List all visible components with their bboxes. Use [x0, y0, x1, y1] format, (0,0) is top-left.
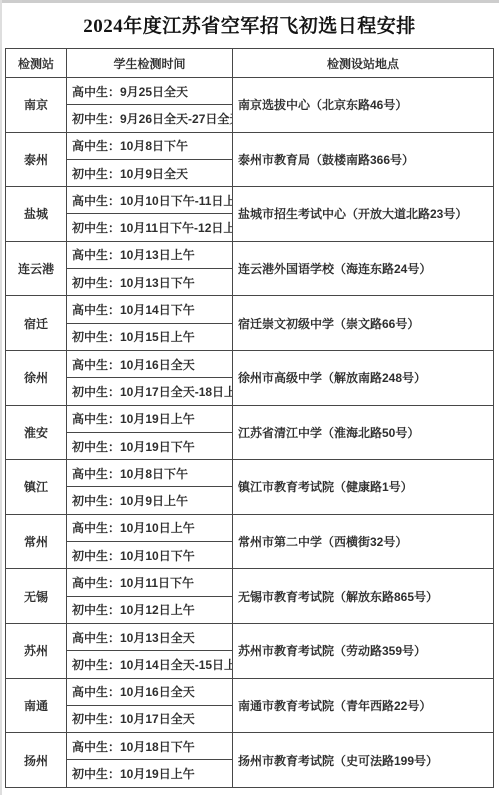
time-cell-high: 高中生：9月25日全天	[67, 78, 233, 105]
time-cell-junior: 初中生：10月11日下午-12日上午	[67, 214, 233, 241]
table-row: 苏州 高中生：10月13日全天 苏州市教育考试院（劳动路359号）	[6, 623, 494, 650]
time-cell-high: 高中生：10月13日上午	[67, 241, 233, 268]
header-station: 检测站	[6, 49, 67, 78]
table-row: 连云港 高中生：10月13日上午 连云港外国语学校（海连东路24号）	[6, 241, 494, 268]
location-cell: 盐城市招生考试中心（开放大道北路23号）	[233, 187, 494, 242]
time-cell-high: 高中生：10月16日全天	[67, 678, 233, 705]
location-cell: 徐州市高级中学（解放南路248号）	[233, 350, 494, 405]
location-cell: 无锡市教育考试院（解放东路865号）	[233, 569, 494, 624]
time-cell-junior: 初中生：10月9日上午	[67, 487, 233, 514]
time-cell-junior: 初中生：9月26日全天-27日全天	[67, 105, 233, 132]
time-cell-junior: 初中生：10月10日下午	[67, 542, 233, 569]
time-cell-high: 高中生：10月13日全天	[67, 623, 233, 650]
table-row: 徐州 高中生：10月16日全天 徐州市高级中学（解放南路248号）	[6, 350, 494, 377]
location-cell: 镇江市教育考试院（健康路1号）	[233, 460, 494, 515]
location-cell: 南京选拔中心（北京东路46号）	[233, 78, 494, 133]
station-cell: 连云港	[6, 241, 67, 296]
station-cell: 泰州	[6, 132, 67, 187]
time-cell-high: 高中生：10月8日下午	[67, 132, 233, 159]
time-cell-junior: 初中生：10月19日下午	[67, 432, 233, 459]
time-cell-high: 高中生：10月14日下午	[67, 296, 233, 323]
location-cell: 连云港外国语学校（海连东路24号）	[233, 241, 494, 296]
page-left-edge	[0, 0, 2, 795]
table-row: 常州 高中生：10月10日上午 常州市第二中学（西横街32号）	[6, 514, 494, 541]
time-cell-high: 高中生：10月19日上午	[67, 405, 233, 432]
schedule-table: 检测站 学生检测时间 检测设站地点 南京 高中生：9月25日全天 南京选拔中心（…	[5, 48, 494, 788]
station-cell: 南通	[6, 678, 67, 733]
table-row: 扬州 高中生：10月18日下午 扬州市教育考试院（史可法路199号）	[6, 733, 494, 760]
station-cell: 镇江	[6, 460, 67, 515]
location-cell: 宿迁崇文初级中学（崇文路66号）	[233, 296, 494, 351]
table-row: 泰州 高中生：10月8日下午 泰州市教育局（鼓楼南路366号）	[6, 132, 494, 159]
time-cell-junior: 初中生：10月17日全天-18日上午	[67, 378, 233, 405]
station-cell: 无锡	[6, 569, 67, 624]
page-top-edge	[0, 0, 499, 3]
table-row: 宿迁 高中生：10月14日下午 宿迁崇文初级中学（崇文路66号）	[6, 296, 494, 323]
station-cell: 南京	[6, 78, 67, 133]
station-cell: 苏州	[6, 623, 67, 678]
station-cell: 常州	[6, 514, 67, 569]
time-cell-high: 高中生：10月8日下午	[67, 460, 233, 487]
table-row: 镇江 高中生：10月8日下午 镇江市教育考试院（健康路1号）	[6, 460, 494, 487]
location-cell: 南通市教育考试院（青年西路22号）	[233, 678, 494, 733]
time-cell-high: 高中生：10月10日下午-11日上午	[67, 187, 233, 214]
location-cell: 扬州市教育考试院（史可法路199号）	[233, 733, 494, 788]
time-cell-junior: 初中生：10月17日全天	[67, 705, 233, 732]
location-cell: 泰州市教育局（鼓楼南路366号）	[233, 132, 494, 187]
location-cell: 江苏省清江中学（淮海北路50号）	[233, 405, 494, 460]
station-cell: 淮安	[6, 405, 67, 460]
station-cell: 徐州	[6, 350, 67, 405]
table-row: 淮安 高中生：10月19日上午 江苏省清江中学（淮海北路50号）	[6, 405, 494, 432]
time-cell-junior: 初中生：10月9日全天	[67, 159, 233, 186]
location-cell: 苏州市教育考试院（劳动路359号）	[233, 623, 494, 678]
time-cell-high: 高中生：10月16日全天	[67, 350, 233, 377]
time-cell-junior: 初中生：10月12日上午	[67, 596, 233, 623]
station-cell: 扬州	[6, 733, 67, 788]
header-time: 学生检测时间	[67, 49, 233, 78]
time-cell-junior: 初中生：10月19日上午	[67, 760, 233, 788]
header-location: 检测设站地点	[233, 49, 494, 78]
time-cell-junior: 初中生：10月14日全天-15日上午	[67, 651, 233, 678]
page-title: 2024年度江苏省空军招飞初选日程安排	[0, 11, 499, 38]
time-cell-junior: 初中生：10月13日下午	[67, 269, 233, 296]
time-cell-high: 高中生：10月10日上午	[67, 514, 233, 541]
table-row: 无锡 高中生：10月11日下午 无锡市教育考试院（解放东路865号）	[6, 569, 494, 596]
time-cell-junior: 初中生：10月15日上午	[67, 323, 233, 350]
time-cell-high: 高中生：10月11日下午	[67, 569, 233, 596]
station-cell: 盐城	[6, 187, 67, 242]
table-row: 南京 高中生：9月25日全天 南京选拔中心（北京东路46号）	[6, 78, 494, 105]
time-cell-high: 高中生：10月18日下午	[67, 733, 233, 760]
station-cell: 宿迁	[6, 296, 67, 351]
location-cell: 常州市第二中学（西横街32号）	[233, 514, 494, 569]
table-header-row: 检测站 学生检测时间 检测设站地点	[6, 49, 494, 78]
table-row: 南通 高中生：10月16日全天 南通市教育考试院（青年西路22号）	[6, 678, 494, 705]
table-row: 盐城 高中生：10月10日下午-11日上午 盐城市招生考试中心（开放大道北路23…	[6, 187, 494, 214]
